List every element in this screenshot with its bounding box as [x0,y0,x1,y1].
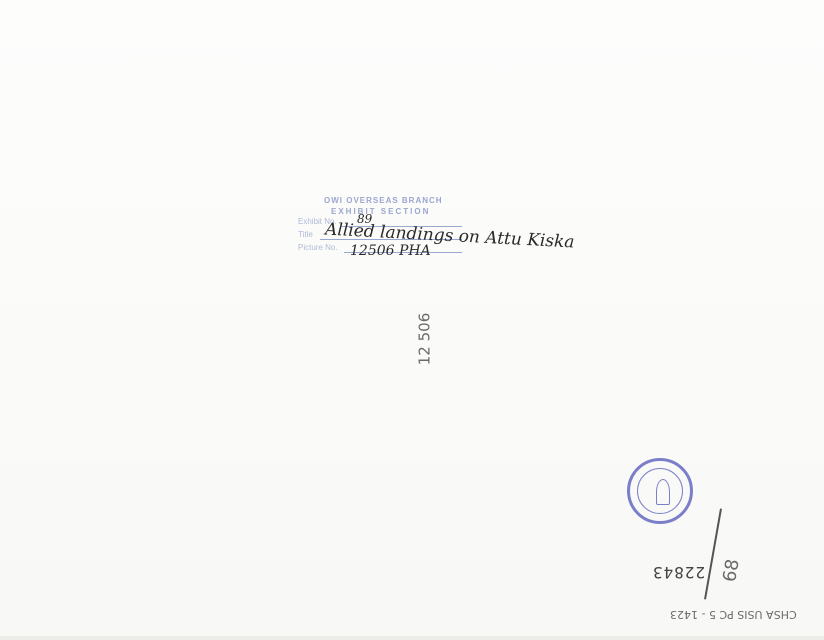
pencil-caption: CHSA USIS PC 5 - 1423 [670,608,797,621]
picture-number: 12506 PHA [350,243,431,259]
stamp-header-2: EXHIBIT SECTION [331,207,430,217]
pencil-number: 68 [719,557,744,583]
bottom-edge [0,636,824,640]
vertical-pencil-note: 12 506 [415,313,433,366]
picture-label: Picture No. [298,243,338,253]
circular-seal [627,458,693,524]
photo-back-paper [0,0,824,640]
stamped-number: 22843 [652,563,705,582]
stamp-header-1: OWI OVERSEAS BRANCH [324,196,443,206]
title-label: Title [298,230,313,240]
bell-seal-icon [656,479,670,505]
